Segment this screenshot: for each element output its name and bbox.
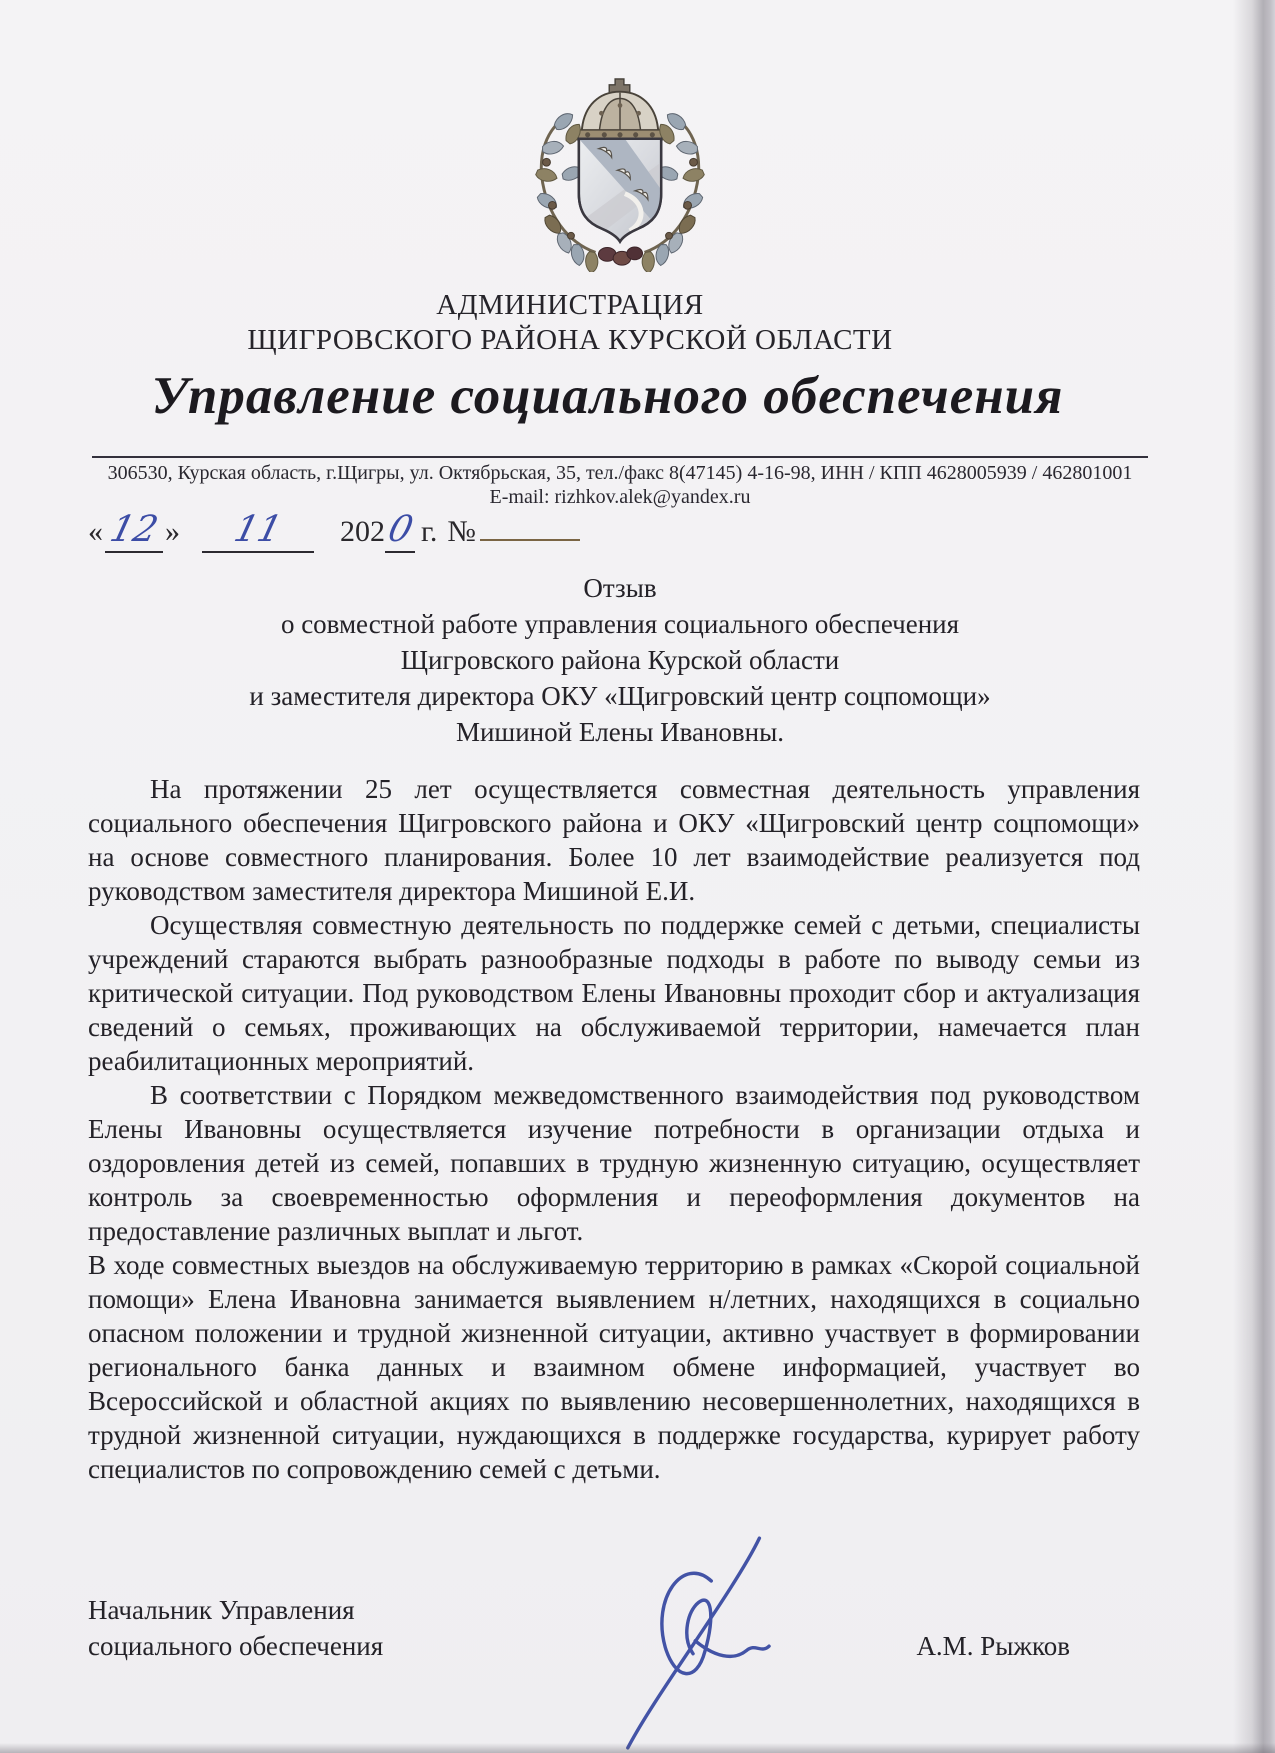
signatory-name: А.М. Рыжков bbox=[916, 1628, 1070, 1664]
letterhead-org-name: АДМИНИСТРАЦИЯ ЩИГРОВСКОГО РАЙОНА КУРСКОЙ… bbox=[0, 288, 1140, 358]
department-title: Управление социального обеспечения bbox=[0, 366, 1215, 426]
letterhead-divider bbox=[92, 456, 1148, 458]
signatory-position: Начальник Управления социального обеспеч… bbox=[88, 1592, 383, 1664]
position-line1: Начальник Управления bbox=[88, 1592, 383, 1628]
document-title-block: Отзыв о совместной работе управления соц… bbox=[55, 570, 1185, 750]
paragraph: В соответствии с Порядком межведомственн… bbox=[88, 1078, 1140, 1248]
day-open-quote: « bbox=[88, 515, 103, 548]
number-blank bbox=[480, 503, 580, 541]
day-handwritten: 12 bbox=[107, 515, 160, 545]
year-printed-prefix: 202 bbox=[340, 515, 385, 548]
title-line4: и заместителя директора ОКУ «Щигровский … bbox=[55, 678, 1185, 714]
paragraph: В ходе совместных выездов на обслуживаем… bbox=[88, 1248, 1140, 1486]
paragraph: На протяжении 25 лет осуществляется совм… bbox=[88, 772, 1140, 908]
org-line2: ЩИГРОВСКОГО РАЙОНА КУРСКОЙ ОБЛАСТИ bbox=[0, 323, 1140, 358]
month-handwritten: 11 bbox=[231, 515, 284, 545]
letter-body: На протяжении 25 лет осуществляется совм… bbox=[88, 772, 1140, 1486]
year-handwritten-digit: 0 bbox=[385, 515, 415, 545]
year-label: г. bbox=[421, 515, 437, 548]
day-blank: 12 bbox=[105, 515, 163, 553]
title-line5: Мишиной Елены Ивановны. bbox=[55, 714, 1185, 750]
month-blank: 11 bbox=[202, 515, 314, 553]
day-close-quote: » bbox=[165, 515, 180, 548]
paragraph: Осуществляя совместную деятельность по п… bbox=[88, 908, 1140, 1078]
number-sign: № bbox=[447, 515, 476, 548]
title-line3: Щигровского района Курской области bbox=[55, 642, 1185, 678]
handwritten-signature-icon bbox=[583, 1536, 801, 1750]
title-line1: Отзыв bbox=[55, 570, 1185, 606]
position-line2: социального обеспечения bbox=[88, 1628, 383, 1664]
scanned-letter-page: АДМИНИСТРАЦИЯ ЩИГРОВСКОГО РАЙОНА КУРСКОЙ… bbox=[0, 0, 1275, 1753]
date-number-line: «12»112020г.№ bbox=[88, 503, 580, 553]
coat-of-arms-icon bbox=[477, 76, 763, 272]
year-digit-blank: 0 bbox=[385, 515, 415, 553]
scan-edge-shadow-right bbox=[1233, 0, 1275, 1753]
title-line2: о совместной работе управления социально… bbox=[55, 606, 1185, 642]
org-line1: АДМИНИСТРАЦИЯ bbox=[0, 288, 1140, 323]
letterhead-address: 306530, Курская область, г.Щигры, ул. Ок… bbox=[55, 461, 1185, 485]
